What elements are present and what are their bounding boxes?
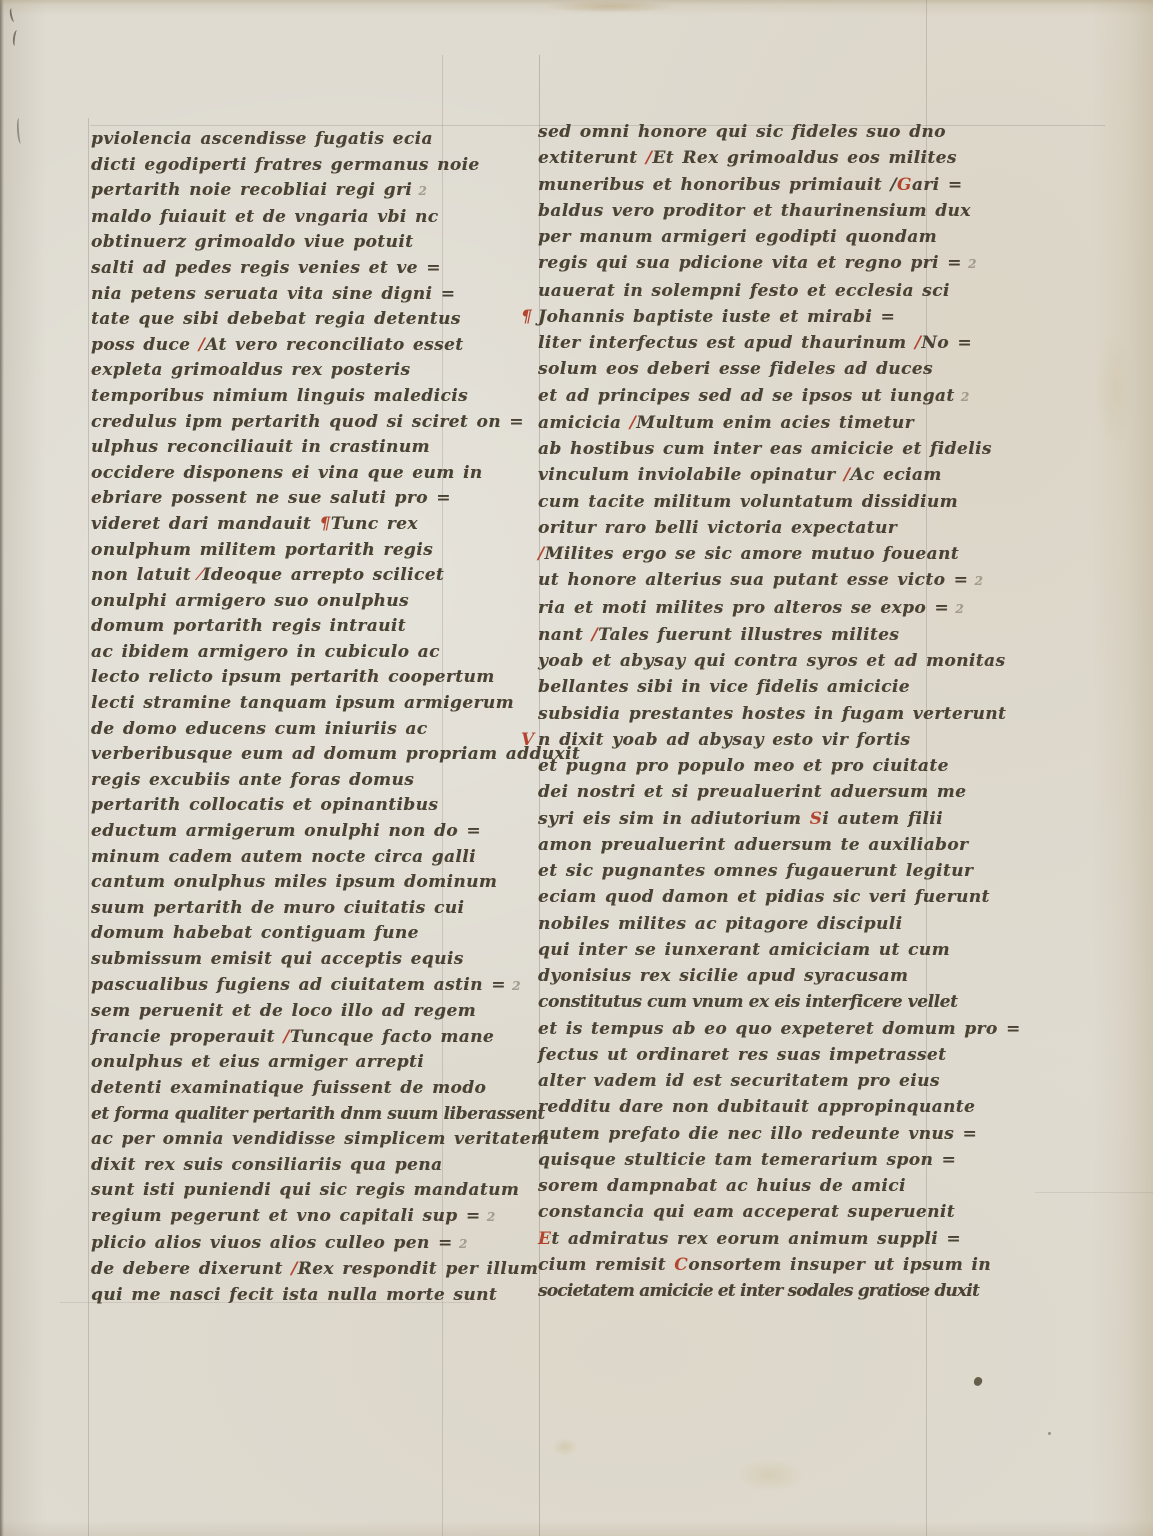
- line-filler-mark: 2: [949, 602, 964, 616]
- line-filler-mark: 2: [968, 574, 983, 588]
- line-text: lecti stramine tanquam ipsum armigerum: [91, 693, 514, 713]
- line-text: non latuit: [91, 565, 199, 585]
- manuscript-line: et pugna pro populo meo et pro ciuitate: [538, 753, 978, 779]
- line-text: ulphus reconciliauit in crastinum: [91, 437, 430, 457]
- line-text: expleta grimoaldus rex posteris: [91, 360, 410, 380]
- manuscript-line: qui me nasci fecit ista nulla morte sunt: [91, 1283, 511, 1309]
- line-text: credulus ipm pertarith quod si sciret on…: [91, 412, 524, 432]
- line-text: sunt isti puniendi qui sic regis mandatu…: [91, 1180, 519, 1200]
- line-text: onulphus et eius armiger arrepti: [91, 1052, 424, 1072]
- line-text: Rex respondit per illum: [298, 1259, 539, 1279]
- line-text: regium pegerunt et vno capitali sup =: [91, 1206, 481, 1226]
- manuscript-line: ulphus reconciliauit in crastinum: [91, 435, 511, 461]
- line-text: eciam quod damon et pidias sic veri fuer…: [538, 887, 990, 907]
- line-text: constitutus cum vnum ex eis interficere …: [538, 992, 958, 1012]
- line-text: cium remisit: [538, 1255, 674, 1275]
- line-text: eductum armigerum onulphi non do =: [91, 821, 481, 841]
- manuscript-line: salti ad pedes regis venies et ve =: [91, 256, 511, 282]
- manuscript-line: dyonisius rex sicilie apud syracusam: [538, 963, 978, 989]
- line-text: Ac eciam: [850, 465, 941, 485]
- manuscript-line: nia petens seruata vita sine digni =: [91, 282, 511, 308]
- manuscript-line: sed omni honore qui sic fideles suo dno: [538, 119, 978, 145]
- binding-edge-mark: [16, 118, 24, 144]
- line-text: Ideoque arrepto scilicet: [203, 565, 445, 585]
- line-filler-mark: 2: [453, 1237, 468, 1251]
- line-filler-mark: 2: [412, 184, 427, 198]
- line-text: ac per omnia vendidisse simplicem verita…: [91, 1129, 549, 1149]
- text-column-right: sed omni honore qui sic fideles suo dnoe…: [538, 119, 978, 1304]
- line-text: videret dari mandauit: [91, 514, 319, 534]
- manuscript-line: onulphum militem portarith regis: [91, 538, 511, 564]
- line-text: de domo educens cum iniuriis ac: [91, 719, 428, 739]
- manuscript-line: vinculum inviolabile opinatur /Ac eciam: [538, 462, 978, 488]
- parchment-stain: [552, 1438, 578, 1456]
- manuscript-line: muneribus et honoribus primiauit /Gari =: [538, 172, 978, 198]
- manuscript-line: eductum armigerum onulphi non do =: [91, 819, 511, 845]
- line-text: pertarith noie recobliai regi gri: [91, 180, 412, 200]
- manuscript-line: sunt isti puniendi qui sic regis mandatu…: [91, 1178, 511, 1204]
- line-text: societatem amicicie et inter sodales gra…: [538, 1281, 979, 1301]
- line-text: occidere disponens ei vina que eum in: [91, 463, 483, 483]
- manuscript-line: et ad principes sed ad se ipsos ut iunga…: [538, 383, 978, 410]
- manuscript-line: sem peruenit et de loco illo ad regem: [91, 999, 511, 1025]
- manuscript-line: obtinuerz grimoaldo viue potuit: [91, 230, 511, 256]
- rubric-mark: ¶: [319, 514, 330, 534]
- manuscript-line: baldus vero proditor et thaurinensium du…: [538, 198, 978, 224]
- rubric-mark: S: [810, 809, 823, 829]
- rubric-mark: /: [283, 1027, 290, 1047]
- line-text: obtinuerz grimoaldo viue potuit: [91, 232, 413, 252]
- rubric-mark: G: [897, 175, 912, 195]
- line-text: liter interfectus est apud thaurinum: [538, 333, 915, 353]
- line-text: regis qui sua pdicione vita et regno pri…: [538, 253, 962, 273]
- line-text: oritur raro belli victoria expectatur: [538, 518, 897, 538]
- line-text: n dixit yoab ad abysay esto vir fortis: [538, 730, 910, 750]
- line-text: pertarith collocatis et opinantibus: [91, 795, 438, 815]
- manuscript-line: verberibusque eum ad domum propriam addu…: [91, 742, 511, 768]
- manuscript-page: pviolencia ascendisse fugatis eciadicti …: [0, 0, 1153, 1536]
- line-text: ac ibidem armigero in cubiculo ac: [91, 642, 440, 662]
- manuscript-line: regium pegerunt et vno capitali sup = 2: [91, 1204, 511, 1231]
- line-text: constancia qui eam acceperat superuenit: [538, 1202, 955, 1222]
- manuscript-line: Et admiratus rex eorum animum suppli =: [538, 1226, 978, 1252]
- line-text: et is tempus ab eo quo expeteret domum p…: [538, 1019, 1021, 1039]
- manuscript-line: plicio alios viuos alios culleo pen = 2: [91, 1231, 511, 1258]
- manuscript-line: lecti stramine tanquam ipsum armigerum: [91, 691, 511, 717]
- manuscript-line: francie properauit /Tuncque facto mane: [91, 1025, 511, 1051]
- manuscript-line: ut honore alterius sua putant esse victo…: [538, 567, 978, 594]
- line-text: Tuncque facto mane: [290, 1027, 494, 1047]
- line-text: temporibus nimium linguis maledicis: [91, 386, 468, 406]
- line-text: cantum onulphus miles ipsum dominum: [91, 872, 497, 892]
- manuscript-line: minum cadem autem nocte circa galli: [91, 845, 511, 871]
- text-column-left: pviolencia ascendisse fugatis eciadicti …: [91, 127, 511, 1308]
- line-text: per manum armigeri egodipti quondam: [538, 227, 937, 247]
- line-text: sorem dampnabat ac huius de amici: [538, 1176, 906, 1196]
- line-filler-mark: 2: [481, 1210, 496, 1224]
- manuscript-line: maldo fuiauit et de vngaria vbi nc: [91, 205, 511, 231]
- line-text: uauerat in solempni festo et ecclesia sc…: [538, 281, 950, 301]
- manuscript-line: credulus ipm pertarith quod si sciret on…: [91, 410, 511, 436]
- line-text: syri eis sim in adiutorium: [538, 809, 810, 829]
- manuscript-line: per manum armigeri egodipti quondam: [538, 224, 978, 250]
- line-text: detenti examinatique fuissent de modo: [91, 1078, 486, 1098]
- line-text: ut honore alterius sua putant esse victo…: [538, 570, 968, 590]
- line-text: onulphi armigero suo onulphus: [91, 591, 409, 611]
- manuscript-line: alter vadem id est securitatem pro eius: [538, 1068, 978, 1094]
- parchment-stain: [545, 0, 675, 13]
- manuscript-line: ac ibidem armigero in cubiculo ac: [91, 640, 511, 666]
- line-text: ab hostibus cum inter eas amicicie et fi…: [538, 439, 992, 459]
- line-text: yoab et abysay qui contra syros et ad mo…: [538, 651, 1005, 671]
- rubric-mark: /: [538, 544, 545, 564]
- manuscript-line: de debere dixerunt /Rex respondit per il…: [91, 1257, 511, 1283]
- manuscript-line: societatem amicicie et inter sodales gra…: [538, 1278, 978, 1304]
- manuscript-line: onulphus et eius armiger arrepti: [91, 1050, 511, 1076]
- line-text: verberibusque eum ad domum propriam addu…: [91, 744, 580, 764]
- ruling-line-horizontal-rightmargin: [1035, 1192, 1153, 1193]
- line-text: nobiles milites ac pitagore discipuli: [538, 914, 902, 934]
- line-text: bellantes sibi in vice fidelis amicicie: [538, 677, 910, 697]
- manuscript-line: poss duce /At vero reconciliato esset: [91, 333, 511, 359]
- line-text: dei nostri et si preualuerint aduersum m…: [538, 782, 966, 802]
- manuscript-line: ebriare possent ne sue saluti pro =: [91, 486, 511, 512]
- rubric-mark: /: [291, 1259, 298, 1279]
- line-text: qui inter se iunxerant amiciciam ut cum: [538, 940, 950, 960]
- line-filler-mark: 2: [955, 390, 970, 404]
- manuscript-line: et forma qualiter pertarith dnm suum lib…: [91, 1102, 511, 1128]
- line-text: sem peruenit et de loco illo ad regem: [91, 1001, 476, 1021]
- manuscript-line: constancia qui eam acceperat superuenit: [538, 1199, 978, 1225]
- binding-edge-mark: [9, 8, 18, 23]
- manuscript-line: qui inter se iunxerant amiciciam ut cum: [538, 937, 978, 963]
- line-text: dicti egodiperti fratres germanus noie: [91, 155, 480, 175]
- manuscript-line: ¶Johannis baptiste iuste et mirabi =: [538, 304, 978, 330]
- line-text: cum tacite militum voluntatum dissidium: [538, 492, 958, 512]
- manuscript-line: ria et moti milites pro alteros se expo …: [538, 595, 978, 622]
- line-text: baldus vero proditor et thaurinensium du…: [538, 201, 971, 221]
- line-text: lecto relicto ipsum pertarith coopertum: [91, 667, 495, 687]
- manuscript-line: dei nostri et si preualuerint aduersum m…: [538, 779, 978, 805]
- line-text: submissum emisit qui acceptis equis: [91, 949, 464, 969]
- line-text: suum pertarith de muro ciuitatis cui: [91, 898, 464, 918]
- line-text: domum portarith regis intrauit: [91, 616, 406, 636]
- line-text: fectus ut ordinaret res suas impetrasset: [538, 1045, 946, 1065]
- manuscript-line: expleta grimoaldus rex posteris: [91, 358, 511, 384]
- line-text: subsidia prestantes hostes in fugam vert…: [538, 704, 1006, 724]
- manuscript-line: syri eis sim in adiutorium Si autem fili…: [538, 806, 978, 832]
- line-text: Tales fuerunt illustres milites: [598, 625, 899, 645]
- line-text: Et Rex grimoaldus eos milites: [652, 148, 956, 168]
- manuscript-line: ab hostibus cum inter eas amicicie et fi…: [538, 436, 978, 462]
- rubric-mark: V: [521, 727, 535, 753]
- ruling-line-vertical-left: [88, 118, 89, 1536]
- manuscript-line: cum tacite militum voluntatum dissidium: [538, 489, 978, 515]
- manuscript-line: oritur raro belli victoria expectatur: [538, 515, 978, 541]
- line-text: t admiratus rex eorum animum suppli =: [551, 1229, 961, 1249]
- parchment-stain: [1095, 330, 1135, 450]
- manuscript-line: temporibus nimium linguis maledicis: [91, 384, 511, 410]
- manuscript-line: nant /Tales fuerunt illustres milites: [538, 622, 978, 648]
- manuscript-line: Vn dixit yoab ad abysay esto vir fortis: [538, 727, 978, 753]
- line-text: dixit rex suis consiliariis qua pena: [91, 1155, 442, 1175]
- line-text: de debere dixerunt: [91, 1259, 291, 1279]
- manuscript-line: yoab et abysay qui contra syros et ad mo…: [538, 648, 978, 674]
- manuscript-line: onulphi armigero suo onulphus: [91, 589, 511, 615]
- manuscript-line: occidere disponens ei vina que eum in: [91, 461, 511, 487]
- manuscript-line: uauerat in solempni festo et ecclesia sc…: [538, 278, 978, 304]
- line-text: onulphum militem portarith regis: [91, 540, 433, 560]
- line-text: amon preualuerint aduersum te auxiliabor: [538, 835, 968, 855]
- line-text: autem prefato die nec illo redeunte vnus…: [538, 1124, 977, 1144]
- manuscript-line: liter interfectus est apud thaurinum /No…: [538, 330, 978, 356]
- line-text: extiterunt: [538, 148, 646, 168]
- rubric-mark: C: [674, 1255, 688, 1275]
- line-text: vinculum inviolabile opinatur: [538, 465, 844, 485]
- manuscript-line: bellantes sibi in vice fidelis amicicie: [538, 674, 978, 700]
- line-text: onsortem insuper ut ipsum in: [688, 1255, 991, 1275]
- manuscript-line: videret dari mandauit ¶Tunc rex: [91, 512, 511, 538]
- manuscript-line: cantum onulphus miles ipsum dominum: [91, 870, 511, 896]
- line-text: minum cadem autem nocte circa galli: [91, 847, 476, 867]
- line-text: francie properauit: [91, 1027, 283, 1047]
- manuscript-line: dixit rex suis consiliariis qua pena: [91, 1153, 511, 1179]
- line-text: Tunc rex: [331, 514, 418, 534]
- manuscript-line: pascualibus fugiens ad ciuitatem astin =…: [91, 973, 511, 1000]
- line-text: Multum enim acies timetur: [636, 413, 914, 433]
- manuscript-line: pviolencia ascendisse fugatis ecia: [91, 127, 511, 153]
- manuscript-line: submissum emisit qui acceptis equis: [91, 947, 511, 973]
- line-text: nant: [538, 625, 592, 645]
- manuscript-line: lecto relicto ipsum pertarith coopertum: [91, 665, 511, 691]
- manuscript-line: /Milites ergo se sic amore mutuo foueant: [538, 541, 978, 567]
- line-text: et ad principes sed ad se ipsos ut iunga…: [538, 386, 955, 406]
- line-text: plicio alios viuos alios culleo pen =: [91, 1233, 453, 1253]
- manuscript-line: extiterunt /Et Rex grimoaldus eos milite…: [538, 145, 978, 171]
- manuscript-line: pertarith collocatis et opinantibus: [91, 793, 511, 819]
- manuscript-line: pertarith noie recobliai regi gri 2: [91, 178, 511, 205]
- manuscript-line: eciam quod damon et pidias sic veri fuer…: [538, 884, 978, 910]
- line-text: Milites ergo se sic amore mutuo foueant: [545, 544, 959, 564]
- manuscript-line: sorem dampnabat ac huius de amici: [538, 1173, 978, 1199]
- line-text: sed omni honore qui sic fideles suo dno: [538, 122, 946, 142]
- line-text: nia petens seruata vita sine digni =: [91, 284, 455, 304]
- line-text: amicicia: [538, 413, 630, 433]
- manuscript-line: solum eos deberi esse fideles ad duces: [538, 356, 978, 382]
- ink-speck: [1048, 1432, 1051, 1435]
- line-text: domum habebat contiguam fune: [91, 923, 419, 943]
- rubric-mark: ¶: [521, 304, 532, 330]
- line-text: At vero reconciliato esset: [205, 335, 463, 355]
- manuscript-line: et sic pugnantes omnes fugauerunt legitu…: [538, 858, 978, 884]
- manuscript-line: fectus ut ordinaret res suas impetrasset: [538, 1042, 978, 1068]
- manuscript-line: domum habebat contiguam fune: [91, 921, 511, 947]
- manuscript-line: constitutus cum vnum ex eis interficere …: [538, 989, 978, 1015]
- manuscript-line: regis qui sua pdicione vita et regno pri…: [538, 250, 978, 277]
- line-text: solum eos deberi esse fideles ad duces: [538, 359, 933, 379]
- manuscript-line: quisque stulticie tam temerarium spon =: [538, 1147, 978, 1173]
- line-text: ria et moti milites pro alteros se expo …: [538, 598, 949, 618]
- manuscript-line: tate que sibi debebat regia detentus: [91, 307, 511, 333]
- manuscript-line: redditu dare non dubitauit appropinquant…: [538, 1094, 978, 1120]
- line-text: redditu dare non dubitauit appropinquant…: [538, 1097, 975, 1117]
- line-text: alter vadem id est securitatem pro eius: [538, 1071, 940, 1091]
- manuscript-line: de domo educens cum iniuriis ac: [91, 717, 511, 743]
- parchment-stain: [735, 1458, 805, 1492]
- line-text: muneribus et honoribus primiauit /: [538, 175, 897, 195]
- manuscript-line: suum pertarith de muro ciuitatis cui: [91, 896, 511, 922]
- manuscript-line: autem prefato die nec illo redeunte vnus…: [538, 1121, 978, 1147]
- manuscript-line: subsidia prestantes hostes in fugam vert…: [538, 701, 978, 727]
- manuscript-line: detenti examinatique fuissent de modo: [91, 1076, 511, 1102]
- manuscript-line: ac per omnia vendidisse simplicem verita…: [91, 1127, 511, 1153]
- manuscript-line: et is tempus ab eo quo expeteret domum p…: [538, 1016, 978, 1042]
- line-text: et sic pugnantes omnes fugauerunt legitu…: [538, 861, 973, 881]
- line-text: salti ad pedes regis venies et ve =: [91, 258, 441, 278]
- line-text: Johannis baptiste iuste et mirabi =: [538, 307, 895, 327]
- line-text: No =: [921, 333, 972, 353]
- line-text: ebriare possent ne sue saluti pro =: [91, 488, 451, 508]
- manuscript-line: cium remisit Consortem insuper ut ipsum …: [538, 1252, 978, 1278]
- manuscript-line: regis excubiis ante foras domus: [91, 768, 511, 794]
- manuscript-line: amon preualuerint aduersum te auxiliabor: [538, 832, 978, 858]
- line-text: i autem filii: [822, 809, 943, 829]
- manuscript-line: dicti egodiperti fratres germanus noie: [91, 153, 511, 179]
- line-text: ari =: [912, 175, 963, 195]
- line-text: pascualibus fugiens ad ciuitatem astin =: [91, 975, 506, 995]
- line-text: dyonisius rex sicilie apud syracusam: [538, 966, 908, 986]
- rubric-mark: E: [538, 1229, 551, 1249]
- line-text: maldo fuiauit et de vngaria vbi nc: [91, 207, 439, 227]
- line-text: et forma qualiter pertarith dnm suum lib…: [91, 1104, 545, 1124]
- manuscript-line: domum portarith regis intrauit: [91, 614, 511, 640]
- line-text: regis excubiis ante foras domus: [91, 770, 414, 790]
- binding-edge-mark: [12, 30, 20, 47]
- line-text: tate que sibi debebat regia detentus: [91, 309, 461, 329]
- line-text: et pugna pro populo meo et pro ciuitate: [538, 756, 949, 776]
- line-text: qui me nasci fecit ista nulla morte sunt: [91, 1285, 497, 1305]
- ink-blot: [973, 1376, 984, 1387]
- line-text: pviolencia ascendisse fugatis ecia: [91, 129, 433, 149]
- line-filler-mark: 2: [962, 257, 977, 271]
- manuscript-line: amicicia /Multum enim acies timetur: [538, 410, 978, 436]
- line-filler-mark: 2: [506, 979, 521, 993]
- line-text: poss duce: [91, 335, 199, 355]
- manuscript-line: non latuit ⁄Ideoque arrepto scilicet: [91, 563, 511, 589]
- manuscript-line: nobiles milites ac pitagore discipuli: [538, 911, 978, 937]
- line-text: quisque stulticie tam temerarium spon =: [538, 1150, 956, 1170]
